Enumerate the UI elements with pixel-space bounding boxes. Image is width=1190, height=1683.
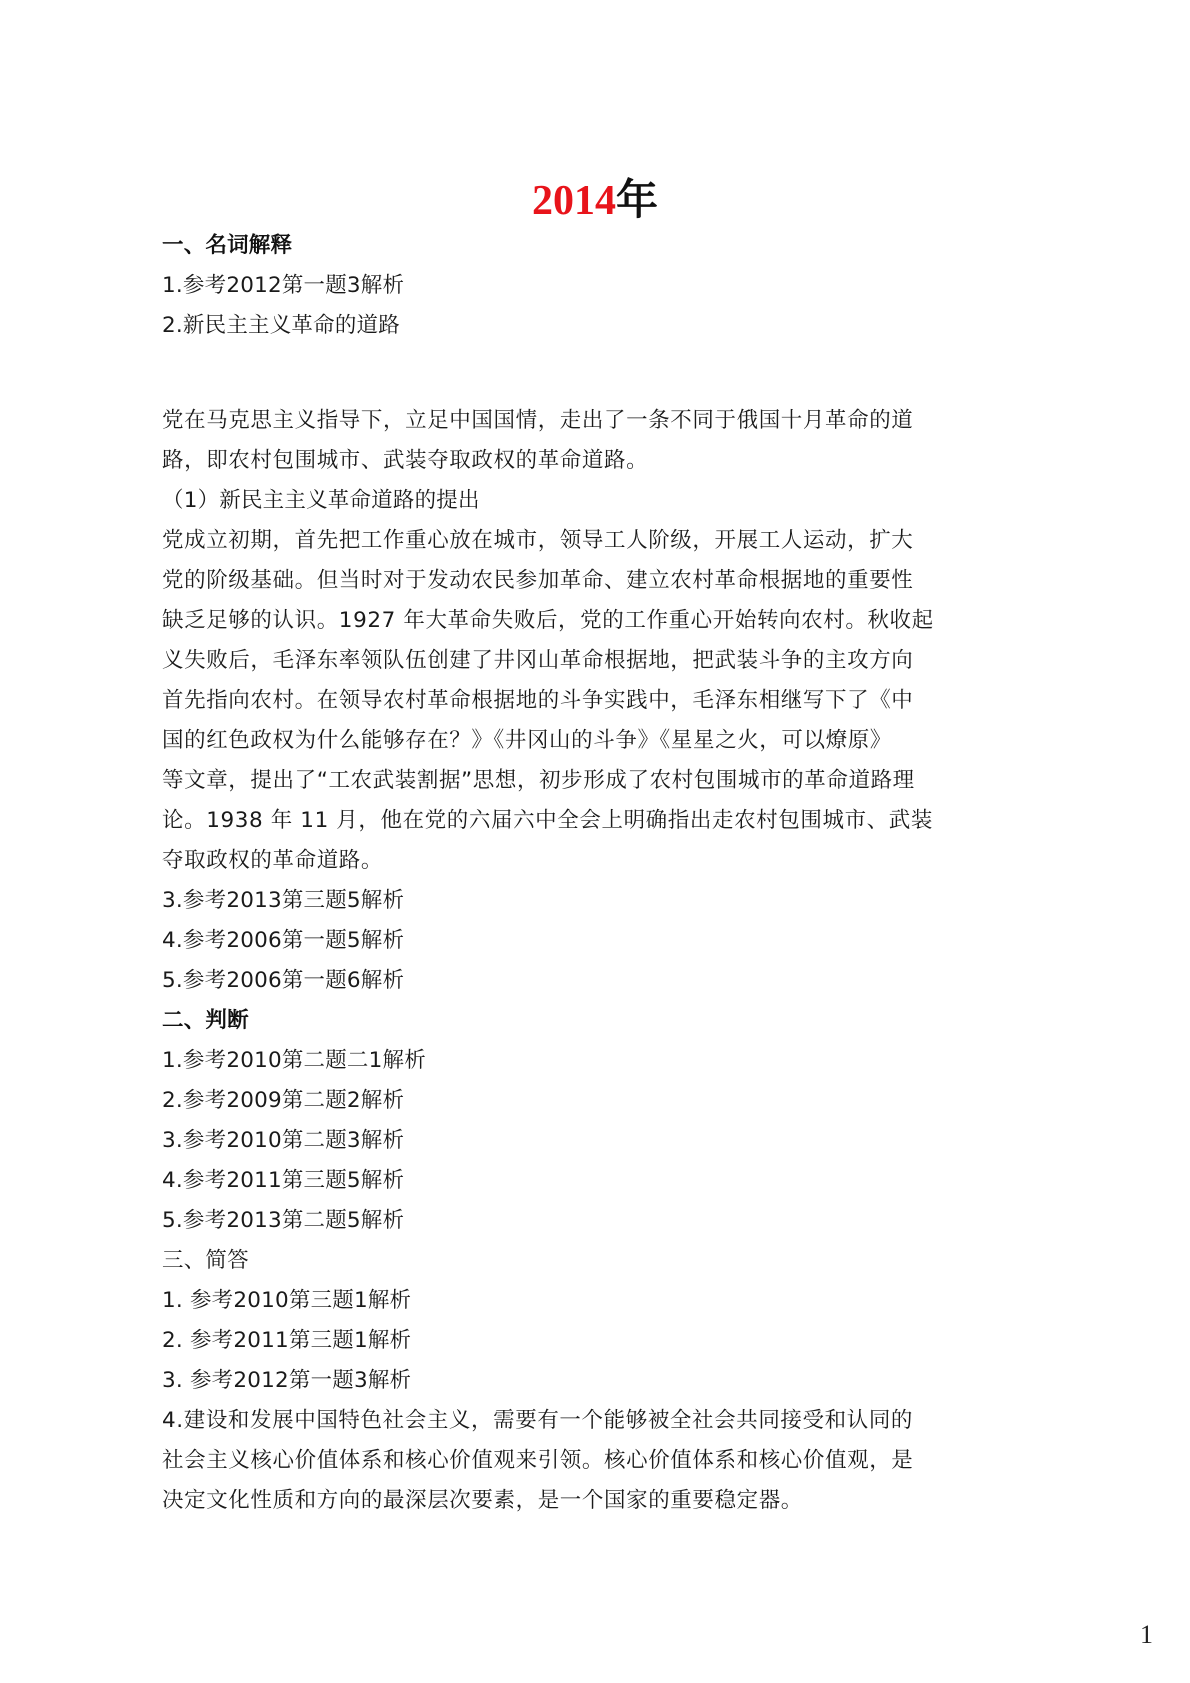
paragraph-line: 党的阶级基础。但当时对于发动农民参加革命、建立农村革命根据地的重要性	[162, 561, 962, 601]
paragraph-line: 国的红色政权为什么能够存在？》《井冈山的斗争》《星星之火，可以燎原》	[162, 721, 962, 761]
document-page: 2014年 一、名词解释 1.参考2012第一题3解析 2.新民主主义革命的道路…	[0, 0, 1190, 1683]
title-suffix: 年	[616, 175, 658, 224]
paragraph-line: 决定文化性质和方向的最深层次要素，是一个国家的重要稳定器。	[162, 1481, 962, 1521]
paragraph-line: 路，即农村包围城市、武装夺取政权的革命道路。	[162, 441, 962, 481]
list-item: 5.参考2006第一题6解析	[162, 961, 962, 1001]
list-item: 3. 参考2012第一题3解析	[162, 1361, 962, 1401]
paragraph-line: 等文章，提出了“工农武装割据”思想，初步形成了农村包围城市的革命道路理	[162, 761, 962, 801]
list-item: 2.新民主主义革命的道路	[162, 306, 962, 346]
section-heading-judgment: 二、判断	[162, 1001, 962, 1041]
answer-paragraph: 4.建设和发展中国特色社会主义，需要有一个能够被全社会共同接受和认同的 社会主义…	[162, 1401, 962, 1521]
list-item: 4.参考2006第一题5解析	[162, 921, 962, 961]
page-number: 1	[1140, 1620, 1153, 1650]
paragraph-line: 缺乏足够的认识。1927 年大革命失败后，党的工作重心开始转向农村。秋收起	[162, 601, 962, 641]
title-year: 2014	[532, 178, 616, 224]
paragraph-line: 夺取政权的革命道路。	[162, 841, 962, 881]
subheading: （1）新民主主义革命道路的提出	[162, 481, 962, 521]
spacer	[162, 346, 962, 401]
section-heading-short-answer: 三、简答	[162, 1241, 962, 1281]
list-item: 3.参考2010第二题3解析	[162, 1121, 962, 1161]
answer-paragraph: 党成立初期，首先把工作重心放在城市，领导工人阶级，开展工人运动，扩大 党的阶级基…	[162, 521, 962, 881]
list-item: 2. 参考2011第三题1解析	[162, 1321, 962, 1361]
paragraph-line: 党在马克思主义指导下，立足中国国情，走出了一条不同于俄国十月革命的道	[162, 401, 962, 441]
answer-paragraph: 党在马克思主义指导下，立足中国国情，走出了一条不同于俄国十月革命的道 路，即农村…	[162, 401, 962, 481]
paragraph-line: 社会主义核心价值体系和核心价值观来引领。核心价值体系和核心价值观，是	[162, 1441, 962, 1481]
paragraph-line: 首先指向农村。在领导农村革命根据地的斗争实践中，毛泽东相继写下了《中	[162, 681, 962, 721]
list-item: 2.参考2009第二题2解析	[162, 1081, 962, 1121]
paragraph-line: 论。1938 年 11 月，他在党的六届六中全会上明确指出走农村包围城市、武装	[162, 801, 962, 841]
list-item: 1.参考2010第二题二1解析	[162, 1041, 962, 1081]
list-item: 5.参考2013第二题5解析	[162, 1201, 962, 1241]
paragraph-line: 4.建设和发展中国特色社会主义，需要有一个能够被全社会共同接受和认同的	[162, 1401, 962, 1441]
section-heading-terms: 一、名词解释	[162, 226, 962, 266]
list-item: 4.参考2011第三题5解析	[162, 1161, 962, 1201]
paragraph-line: 党成立初期，首先把工作重心放在城市，领导工人阶级，开展工人运动，扩大	[162, 521, 962, 561]
document-body: 一、名词解释 1.参考2012第一题3解析 2.新民主主义革命的道路 党在马克思…	[162, 226, 962, 1521]
list-item: 3.参考2013第三题5解析	[162, 881, 962, 921]
page-title: 2014年	[0, 172, 1190, 229]
list-item: 1.参考2012第一题3解析	[162, 266, 962, 306]
list-item: 1. 参考2010第三题1解析	[162, 1281, 962, 1321]
paragraph-line: 义失败后，毛泽东率领队伍创建了井冈山革命根据地，把武装斗争的主攻方向	[162, 641, 962, 681]
